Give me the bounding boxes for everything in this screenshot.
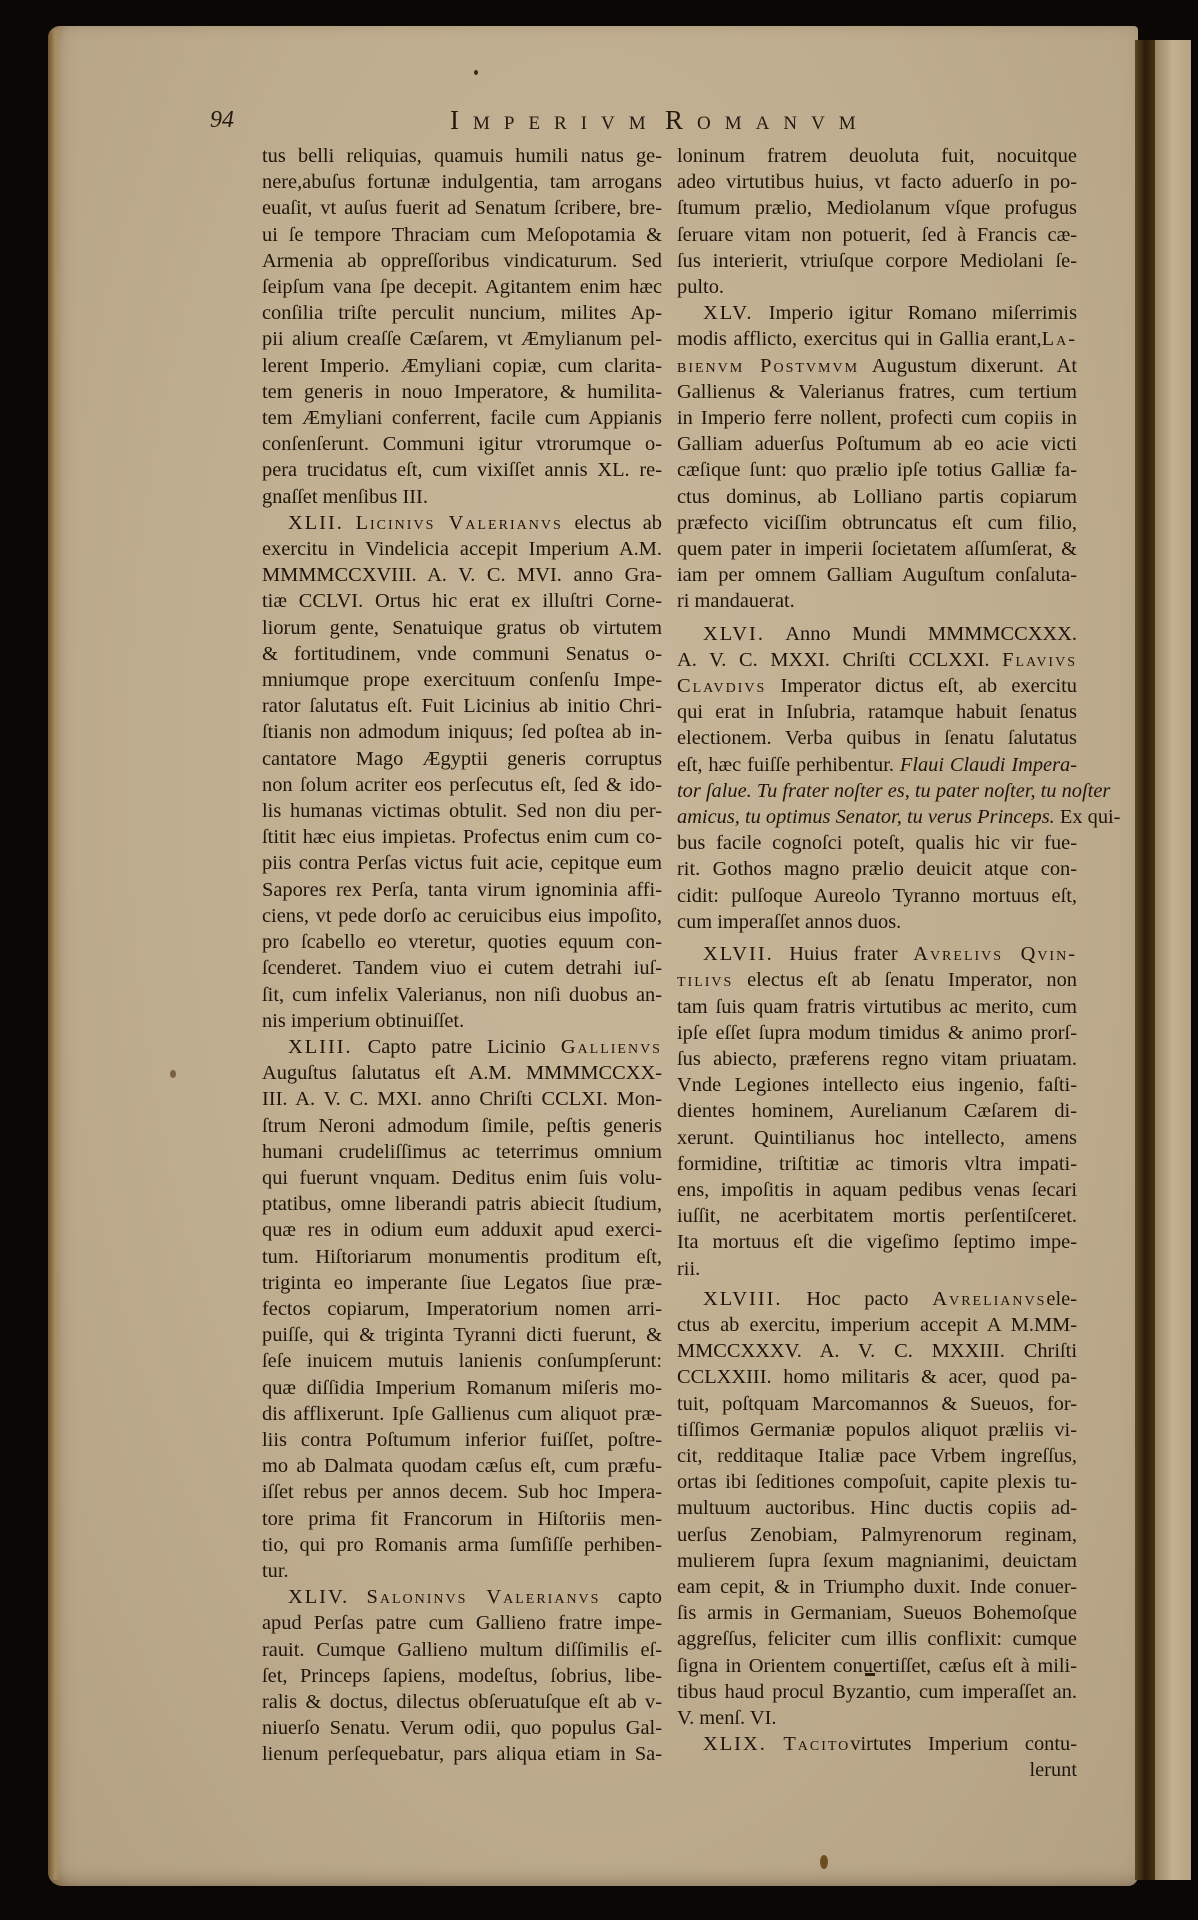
senate-acclamation-quote: Flaui Claudi Impera-	[900, 754, 1077, 776]
text-line: amicus, tu optimus Senator, tu verus Pri…	[677, 804, 1077, 830]
text-line: gnaſſet menſibus III.	[262, 484, 662, 510]
text-line: iam per omnem Galliam Auguſtum conſaluta…	[677, 562, 1077, 588]
section-numeral: XLV.	[703, 302, 754, 324]
text-line: pulto.	[677, 274, 1077, 300]
text-line: ctus ab exercitu, imperium accepit A M.M…	[677, 1312, 1077, 1338]
text-line: ſtianis non admodum iniquus; ſed poſtea …	[262, 719, 662, 745]
text-line: Armenia ab oppreſſoribus vindicaturum. S…	[262, 248, 662, 274]
text-line: Vnde Legiones intellecto eius ingenio, f…	[677, 1072, 1077, 1098]
text-line: loninum fratrem deuoluta fuit, nocuitque	[677, 143, 1077, 169]
text-line: ſigna in Orientem conuertiſſet, cæſus eſ…	[677, 1653, 1077, 1679]
text-line: Sapores rex Perſa, tanta virum ignominia…	[262, 877, 662, 903]
text-line: mniumque prope exercituum conſenſu Impe-	[262, 667, 662, 693]
emperor-name: La-	[1042, 328, 1077, 350]
text-line: multuum auctoribus. Hinc ductis copiis a…	[677, 1495, 1077, 1521]
text-line: ui ſe tempore Thraciam cum Meſopotamia &	[262, 222, 662, 248]
text-line: conſenſerunt. Communi igitur vtrorumque …	[262, 431, 662, 457]
text-line: ſis armis in Germaniam, Sueuos Bohemoſqu…	[677, 1600, 1077, 1626]
text-line: tiæ CCLVI. Ortus hic erat ex illuſtri Co…	[262, 588, 662, 614]
text-line: III. A. V. C. MXI. anno Chriſti CCLXI. M…	[262, 1086, 662, 1112]
section-numeral: XLVII.	[703, 943, 774, 965]
text-line: modis afflicto, exercitus qui in Gallia …	[677, 326, 1077, 352]
book-gutter	[1135, 40, 1157, 1880]
emperor-name: Avrelianvs	[932, 1288, 1046, 1310]
text-line: adeo virtutibus huius, vt facto aduerſo …	[677, 169, 1077, 195]
text-line: & fortitudinem, vnde communi Senatus o-	[262, 641, 662, 667]
left-column: tus belli reliquias, quamuis humili natu…	[262, 143, 662, 1768]
text-line: quem pater in imperii ſocietatem aſſumſe…	[677, 536, 1077, 562]
text-line: euaſit, vt auſus fuerit ad Senatum ſcrib…	[262, 195, 662, 221]
section-numeral: XLII.	[288, 512, 344, 534]
text-line: tam ſuis quam fratris virtutibus ac meri…	[677, 994, 1077, 1020]
text-line: electionem. Verba quibus in ſenatu ſalut…	[677, 725, 1077, 751]
text-line: ciens, vt pede dorſo ac ceruicibus eius …	[262, 903, 662, 929]
section-46: XLVI. Anno Mundi MMMMCCXXX. A. V. C. MXX…	[677, 621, 1077, 935]
text-line: humani crudeliſſimus ac teterrimus omniu…	[262, 1139, 662, 1165]
text-line: ſtrum Neroni admodum ſimile, peſtis gene…	[262, 1113, 662, 1139]
text-line: nis imperium obtinuiſſet.	[262, 1008, 662, 1034]
emperor-name: bienvm Postvmvm	[677, 355, 859, 377]
text-line: ſeruare vitam non potuerit, ſed à Franci…	[677, 222, 1077, 248]
senate-acclamation-quote: amicus, tu optimus Senator, tu verus Pri…	[677, 806, 1055, 828]
text-line: conſilia triſte perculit nuncium, milite…	[262, 300, 662, 326]
emperor-name: Tacito	[783, 1733, 850, 1755]
text-line: Gallienus & Valerianus fratres, cum tert…	[677, 379, 1077, 405]
text-line: ri mandauerat.	[677, 588, 1077, 614]
page-edge	[48, 30, 60, 1880]
text-line: pii alium creaſſe Cæſarem, vt Æmylianum …	[262, 326, 662, 352]
section-44: XLIV. Saloninvs Valerianvs capto apud Pe…	[262, 1584, 662, 1767]
text-line: mo ab Dalmata quodam cæſus eſt, cum præf…	[262, 1453, 662, 1479]
senate-acclamation-quote: tor ſalue. Tu frater noſter es, tu pater…	[677, 778, 1077, 804]
text-line: ens, impoſitis in aquam pedibus venas ſe…	[677, 1177, 1077, 1203]
text-fragment: Capto patre Licinio	[368, 1036, 546, 1058]
text-line: ctus dominus, ab Lolliano partis copiaru…	[677, 484, 1077, 510]
text-line: quæ diſſidia Imperium Romanum miſeris mo…	[262, 1375, 662, 1401]
text-line: ralis & doctus, dilectus obſeruatuſque e…	[262, 1689, 662, 1715]
text-line: tum. Hiſtoriarum monumentis proditum eſt…	[262, 1244, 662, 1270]
text-line: CCLXXIII. homo militaris & acer, quod pa…	[677, 1364, 1077, 1390]
section-42: XLII. Licinivs Valerianvs electus ab exe…	[262, 510, 662, 1034]
text-line: triginta eo imperante ſiue Legatos ſiue …	[262, 1270, 662, 1296]
text-line: cæſique ſunt: quo prælio ipſe totius Gal…	[677, 457, 1077, 483]
section-numeral: XLIII.	[288, 1036, 353, 1058]
text-line: mulierem ſupra ſexum magnianimi, deuicta…	[677, 1548, 1077, 1574]
text-line: in Imperio ferre nollent, profecti cum c…	[677, 405, 1077, 431]
text-line: Auguſtus ſalutatus eſt A.M. MMMMCCXX-	[262, 1060, 662, 1086]
text-line: quæ res in odium eum adduxit apud exerci…	[262, 1217, 662, 1243]
text-line: bus facile cognoſci poteſt, qualis hic v…	[677, 830, 1077, 856]
emperor-name: Gallienvs	[561, 1036, 662, 1058]
printer-mark	[865, 1673, 875, 1676]
text-line: XLVII. Huius frater Avrelivs Qvin-	[677, 941, 1077, 967]
text-line: rator ſalutatus eſt. Fuit Licinius ab in…	[262, 693, 662, 719]
running-title-right: Romanvm	[665, 105, 870, 136]
text-fragment: Ex qui-	[1060, 806, 1121, 828]
text-line: ſeipſum vana ſpe decepit. Agitantem enim…	[262, 274, 662, 300]
text-fragment: electus ab	[574, 512, 662, 534]
section-numeral: XLVI.	[703, 623, 765, 645]
text-fragment: Imperator dictus eſt, ab exercitu	[781, 675, 1077, 697]
section-49: XLIX. Tacitovirtutes Imperium contu- ler…	[677, 1731, 1077, 1783]
text-line: eam cepit, & in Triumpho duxit. Inde con…	[677, 1574, 1077, 1600]
text-line: rit. Gothos magno prælio deuicit atque c…	[677, 856, 1077, 882]
section-47: XLVII. Huius frater Avrelivs Qvin- tiliv…	[677, 941, 1077, 1282]
emperor-name: Saloninvs Valerianvs	[367, 1586, 601, 1608]
text-line: aggreſſus, feliciter cum illis conflixit…	[677, 1626, 1077, 1652]
paper-stain	[820, 1855, 828, 1869]
text-line: iſſet rebus per annos decem. Sub hoc Imp…	[262, 1479, 662, 1505]
text-line: cum imperaſſet annos duos.	[677, 909, 1077, 935]
text-fragment: Imperio igitur Romano miſerrimis	[769, 302, 1077, 324]
text-line: XLVI. Anno Mundi MMMMCCXXX.	[677, 621, 1077, 647]
text-line: liorum gente, Senatuique gratus ob virtu…	[262, 615, 662, 641]
text-fragment: A. V. C. MXXI. Chriſti CCLXXI.	[677, 649, 989, 671]
text-line: ſcenderet. Tandem viuo ei cutem detrahi …	[262, 955, 662, 981]
text-line: præfecto viciſſim obtruncatus eſt cum fi…	[677, 510, 1077, 536]
text-line: eſt, hæc fuiſſe perhibentur. Flaui Claud…	[677, 752, 1077, 778]
text-fragment: electus eſt ab ſenatu Imperator, non	[747, 969, 1077, 991]
text-line: Clavdivs Imperator dictus eſt, ab exerci…	[677, 673, 1077, 699]
text-line: ſus abiecto, præferens regno vitam priua…	[677, 1046, 1077, 1072]
text-line: tuit, poſtquam Marcomannos & Sueuos, for…	[677, 1391, 1077, 1417]
running-title-left: Imperivm	[450, 105, 660, 136]
text-line: ſet, Princeps ſapiens, modeſtus, ſobrius…	[262, 1663, 662, 1689]
text-line: bienvm Postvmvm Augustum dixerunt. At	[677, 353, 1077, 379]
emperor-name: Licinivs Valerianvs	[356, 512, 563, 534]
text-line: ſtitit hæc eius impietas. Profectus enim…	[262, 824, 662, 850]
text-line: tus belli reliquias, quamuis humili natu…	[262, 143, 662, 169]
text-fragment: Augustum dixerunt. At	[872, 355, 1077, 377]
text-fragment: Hoc pacto	[806, 1288, 908, 1310]
text-line: tilivs electus eſt ab ſenatu Imperator, …	[677, 967, 1077, 993]
text-line: tem generis in nouo Imperatore, & humili…	[262, 379, 662, 405]
right-column: loninum fratrem deuoluta fuit, nocuitque…	[677, 143, 1077, 1784]
text-line: A. V. C. MXXI. Chriſti CCLXXI. Flavivs	[677, 647, 1077, 673]
text-fragment: virtutes Imperium contu-	[850, 1733, 1077, 1755]
text-line: rauit. Cumque Gallieno multum diſſimilis…	[262, 1637, 662, 1663]
text-fragment: Huius frater	[789, 943, 897, 965]
text-line: exercitu in Vindelicia accepit Imperium …	[262, 536, 662, 562]
text-line: tiſſimos Germaniæ populos aliquot prælii…	[677, 1417, 1077, 1443]
text-line: cit, redditaque Italiæ pace Vrbem ingreſ…	[677, 1443, 1077, 1469]
text-line: tio, qui pro Romanis arma ſumſiſſe perhi…	[262, 1532, 662, 1558]
text-line: pera trucidatus eſt, cum vixiſſet annis …	[262, 457, 662, 483]
section-48: XLVIII. Hoc pacto Avrelianvsele- ctus ab…	[677, 1286, 1077, 1731]
paper-stain	[170, 1070, 176, 1078]
text-line: ptatibus, omne liberandi patris abiecit …	[262, 1191, 662, 1217]
section-numeral: XLVIII.	[703, 1288, 783, 1310]
paragraph-continuation: loninum fratrem deuoluta fuit, nocuitque…	[677, 143, 1077, 300]
paragraph-continuation: tus belli reliquias, quamuis humili natu…	[262, 143, 662, 510]
text-line: XLV. Imperio igitur Romano miſerrimis	[677, 300, 1077, 326]
ink-speck	[474, 70, 478, 75]
page-header: 94 Imperivm Romanvm	[210, 105, 1090, 139]
section-numeral: XLIV.	[288, 1586, 349, 1608]
text-line: cantatore Mago Ægyptii generis corruptus	[262, 746, 662, 772]
text-line: dientes hominem, Aurelianum Cæſarem di-	[677, 1098, 1077, 1124]
text-line: dis afflixerunt. Ipſe Gallienus cum aliq…	[262, 1401, 662, 1427]
text-line: puiſſe, qui & triginta Tyranni dicti fue…	[262, 1322, 662, 1348]
text-fragment: eſt, hæc fuiſſe perhibentur.	[677, 754, 894, 776]
text-fragment: Anno Mundi MMMMCCXXX.	[785, 623, 1077, 645]
text-line: formidine, triſtitiæ ac timoris vltra im…	[677, 1151, 1077, 1177]
text-line: nere,abuſus fortunæ indulgentia, tam arr…	[262, 169, 662, 195]
text-line: tem Æmyliani conferrent, facile cum Appi…	[262, 405, 662, 431]
text-line: liis contra Poſtumum inferior fuiſſet, p…	[262, 1427, 662, 1453]
text-line: ſus interierit, vtriuſque corpore Mediol…	[677, 248, 1077, 274]
text-line: xerunt. Quintilianus hoc intellecto, ame…	[677, 1125, 1077, 1151]
text-line: qui erat in Inſubria, ratamque habuit ſe…	[677, 699, 1077, 725]
text-line: ipſe eſſet ſupra modum timidus & animo p…	[677, 1020, 1077, 1046]
page-number: 94	[210, 107, 234, 134]
catchword: lerunt	[677, 1757, 1077, 1783]
text-line: lienum perſequebatur, pars aliqua etiam …	[262, 1741, 662, 1767]
text-line: XLIII. Capto patre Licinio Gallienvs	[262, 1034, 662, 1060]
facing-page-edge	[1155, 40, 1191, 1880]
text-line: ſit, cum infelix Valerianus, non niſi du…	[262, 982, 662, 1008]
section-43: XLIII. Capto patre Licinio Gallienvs Aug…	[262, 1034, 662, 1584]
text-line: iuſſit, ne acerbitatem mortis perſentiſc…	[677, 1203, 1077, 1229]
scan-border	[1191, 40, 1198, 1880]
text-line: MMCCXXXV. A. V. C. MXXIII. Chriſti	[677, 1338, 1077, 1364]
text-line: tore prima fit Francorum in Hiſtoriis me…	[262, 1506, 662, 1532]
text-line: non ſolum acriter eos perſecutus eſt, ſe…	[262, 772, 662, 798]
text-line: V. menſ. VI.	[677, 1705, 1077, 1731]
text-line: piis contra Perſas victus fuit acie, cep…	[262, 850, 662, 876]
text-line: cidit: pulſoque Aureolo Tyranno mortuus …	[677, 883, 1077, 909]
text-fragment: ele-	[1046, 1288, 1077, 1310]
emperor-name: Avrelivs Qvin-	[913, 943, 1077, 965]
text-line: rii.	[677, 1256, 1077, 1282]
text-line: ortas ibi ſeditiones compoſuit, capite p…	[677, 1469, 1077, 1495]
text-line: lis humanas victimas obtulit. Sed non di…	[262, 798, 662, 824]
emperor-name: Flavivs	[1002, 649, 1077, 671]
text-line: Galliam aduerſus Poſtumum ab eo acie vic…	[677, 431, 1077, 457]
text-line: lerent Imperio. Æmyliani copiæ, cum clar…	[262, 353, 662, 379]
text-line: Ita mortuus eſt die vigeſimo ſeptimo imp…	[677, 1229, 1077, 1255]
section-numeral: XLIX.	[703, 1733, 767, 1755]
text-line: tur.	[262, 1558, 662, 1584]
text-line: ſeſe inuicem mutuis lanienis conſumpſeru…	[262, 1348, 662, 1374]
text-line: apud Perſas patre cum Gallieno fratre im…	[262, 1610, 662, 1636]
text-line: ſtumum prælio, Mediolanum vſque profugus	[677, 195, 1077, 221]
text-fragment: capto	[618, 1586, 662, 1608]
emperor-name: tilivs	[677, 969, 733, 991]
text-line: MMMMCCXVIII. A. V. C. MVI. anno Gra-	[262, 562, 662, 588]
text-line: qui fuerunt vnquam. Deditus enim ſuis vo…	[262, 1165, 662, 1191]
text-line: pro ſcabello eo vteretur, quoties equum …	[262, 929, 662, 955]
text-line: fectos copiarum, Imperatorium nomen arri…	[262, 1296, 662, 1322]
text-line: XLIV. Saloninvs Valerianvs capto	[262, 1584, 662, 1610]
section-45: XLV. Imperio igitur Romano miſerrimis mo…	[677, 300, 1077, 614]
text-line: XLVIII. Hoc pacto Avrelianvsele-	[677, 1286, 1077, 1312]
text-fragment: modis afflicto, exercitus qui in Gallia …	[677, 328, 1042, 350]
emperor-name: Clavdivs	[677, 675, 766, 697]
text-line: XLIX. Tacitovirtutes Imperium contu-	[677, 1731, 1077, 1757]
text-line: niuerſo Senatu. Verum odii, quo populus …	[262, 1715, 662, 1741]
text-line: uerſus Zenobiam, Palmyrenorum reginam,	[677, 1522, 1077, 1548]
text-line: tibus haud procul Byzantio, cum imperaſſ…	[677, 1679, 1077, 1705]
text-line: XLII. Licinivs Valerianvs electus ab	[262, 510, 662, 536]
